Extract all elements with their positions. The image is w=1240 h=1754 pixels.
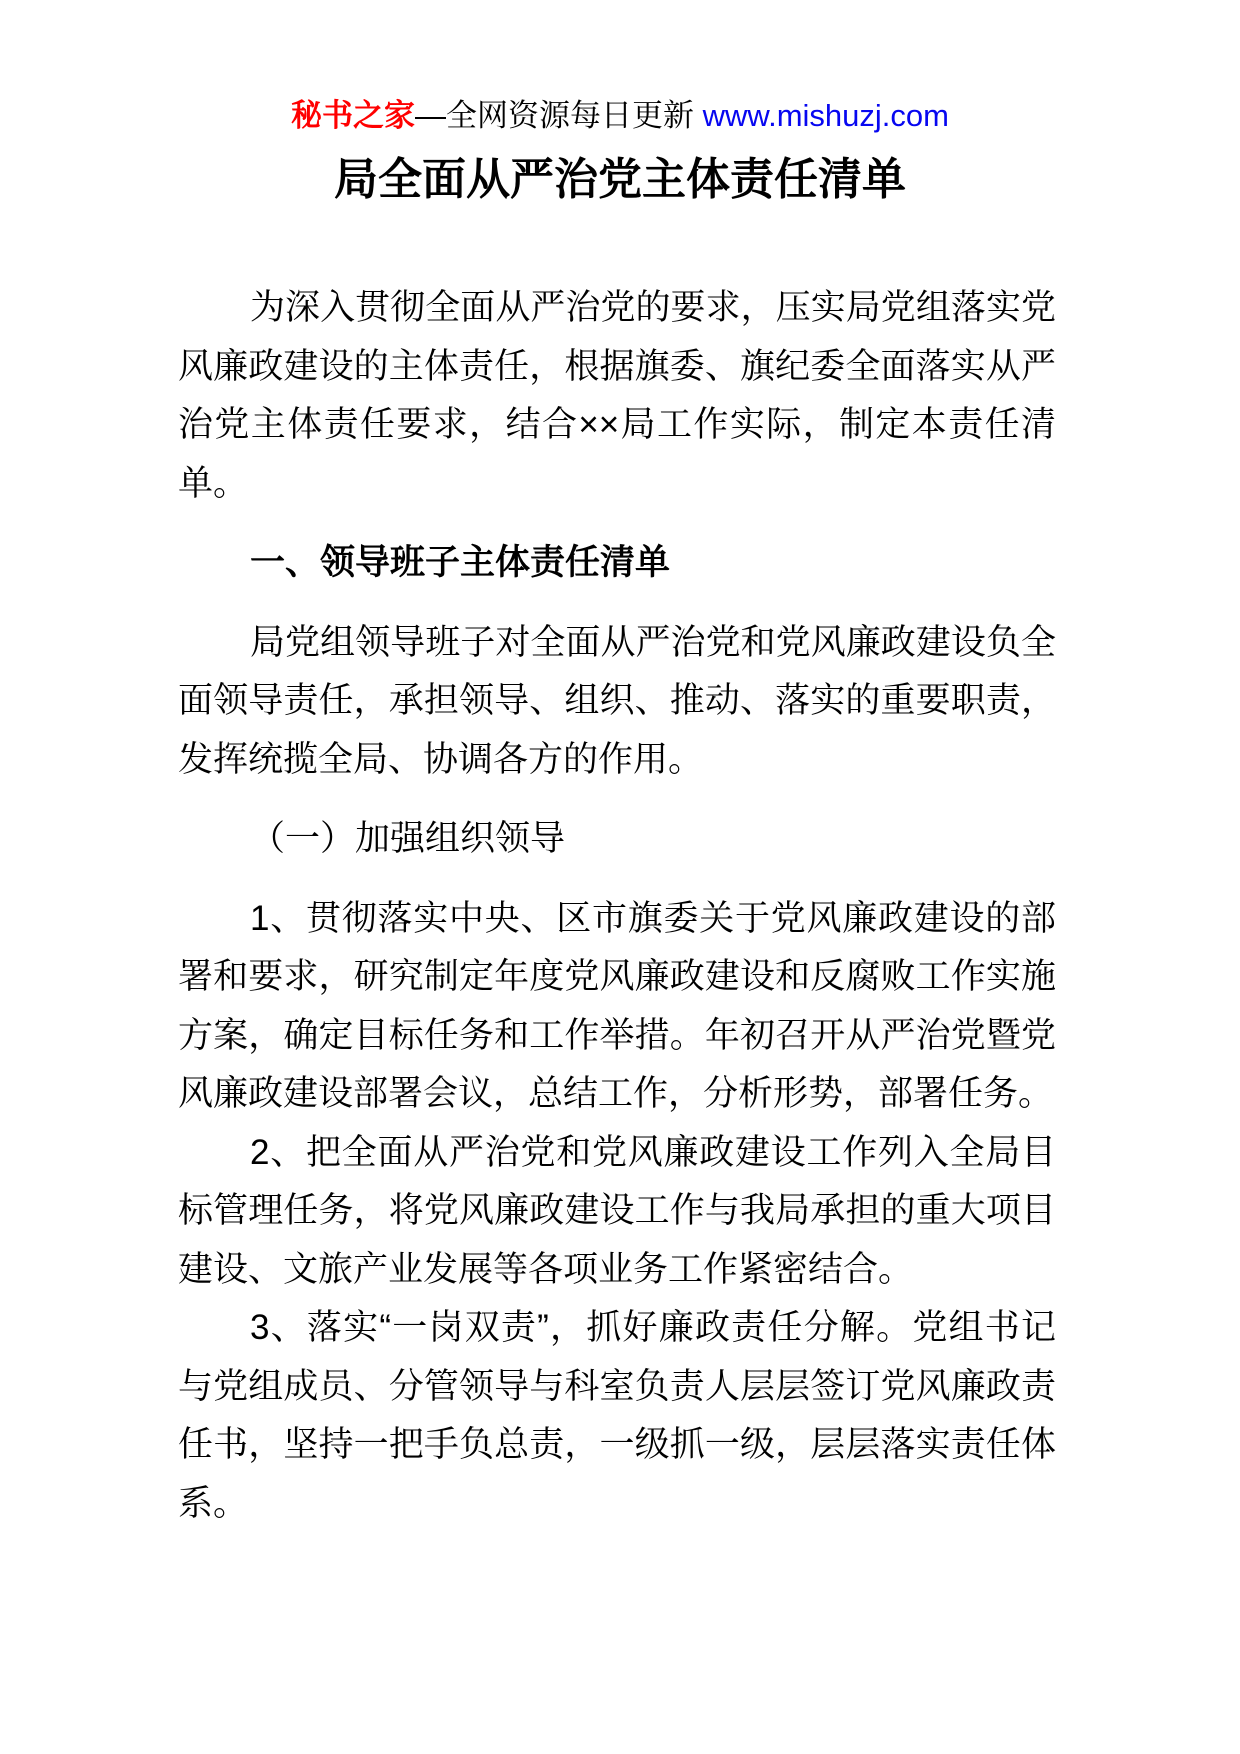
- paragraph-item-3: 3、落实“一岗双责”，抓好廉政责任分解。党组书记与党组成员、分管领导与科室负责人…: [178, 1299, 1056, 1533]
- paragraph-leadership-duty: 局党组领导班子对全面从严治党和党风廉政建设负全面领导责任，承担领导、组织、推动、…: [178, 614, 1056, 790]
- site-name: 秘书之家: [291, 98, 415, 133]
- heading-section-one: 一、领导班子主体责任清单: [178, 534, 1056, 593]
- document-title: 局全面从严治党主体责任清单: [0, 151, 1240, 209]
- site-header: 秘书之家—全网资源每日更新 www.mishuzj.com: [0, 0, 1240, 137]
- paragraph-item-1: 1、贯彻落实中央、区市旗委关于党风廉政建设的部署和要求，研究制定年度党风廉政建设…: [178, 890, 1056, 1124]
- site-tagline: —全网资源每日更新: [415, 98, 703, 133]
- document-body: 为深入贯彻全面从严治党的要求，压实局党组落实党风廉政建设的主体责任，根据旗委、旗…: [178, 279, 1056, 1533]
- paragraph-item-2: 2、把全面从严治党和党风廉政建设工作列入全局目标管理任务，将党风廉政建设工作与我…: [178, 1124, 1056, 1300]
- document-page: 秘书之家—全网资源每日更新 www.mishuzj.com 局全面从严治党主体责…: [0, 0, 1240, 1754]
- site-url: www.mishuzj.com: [703, 98, 949, 133]
- paragraph-intro: 为深入贯彻全面从严治党的要求，压实局党组落实党风廉政建设的主体责任，根据旗委、旗…: [178, 279, 1056, 513]
- heading-subsection-one: （一）加强组织领导: [178, 810, 1056, 869]
